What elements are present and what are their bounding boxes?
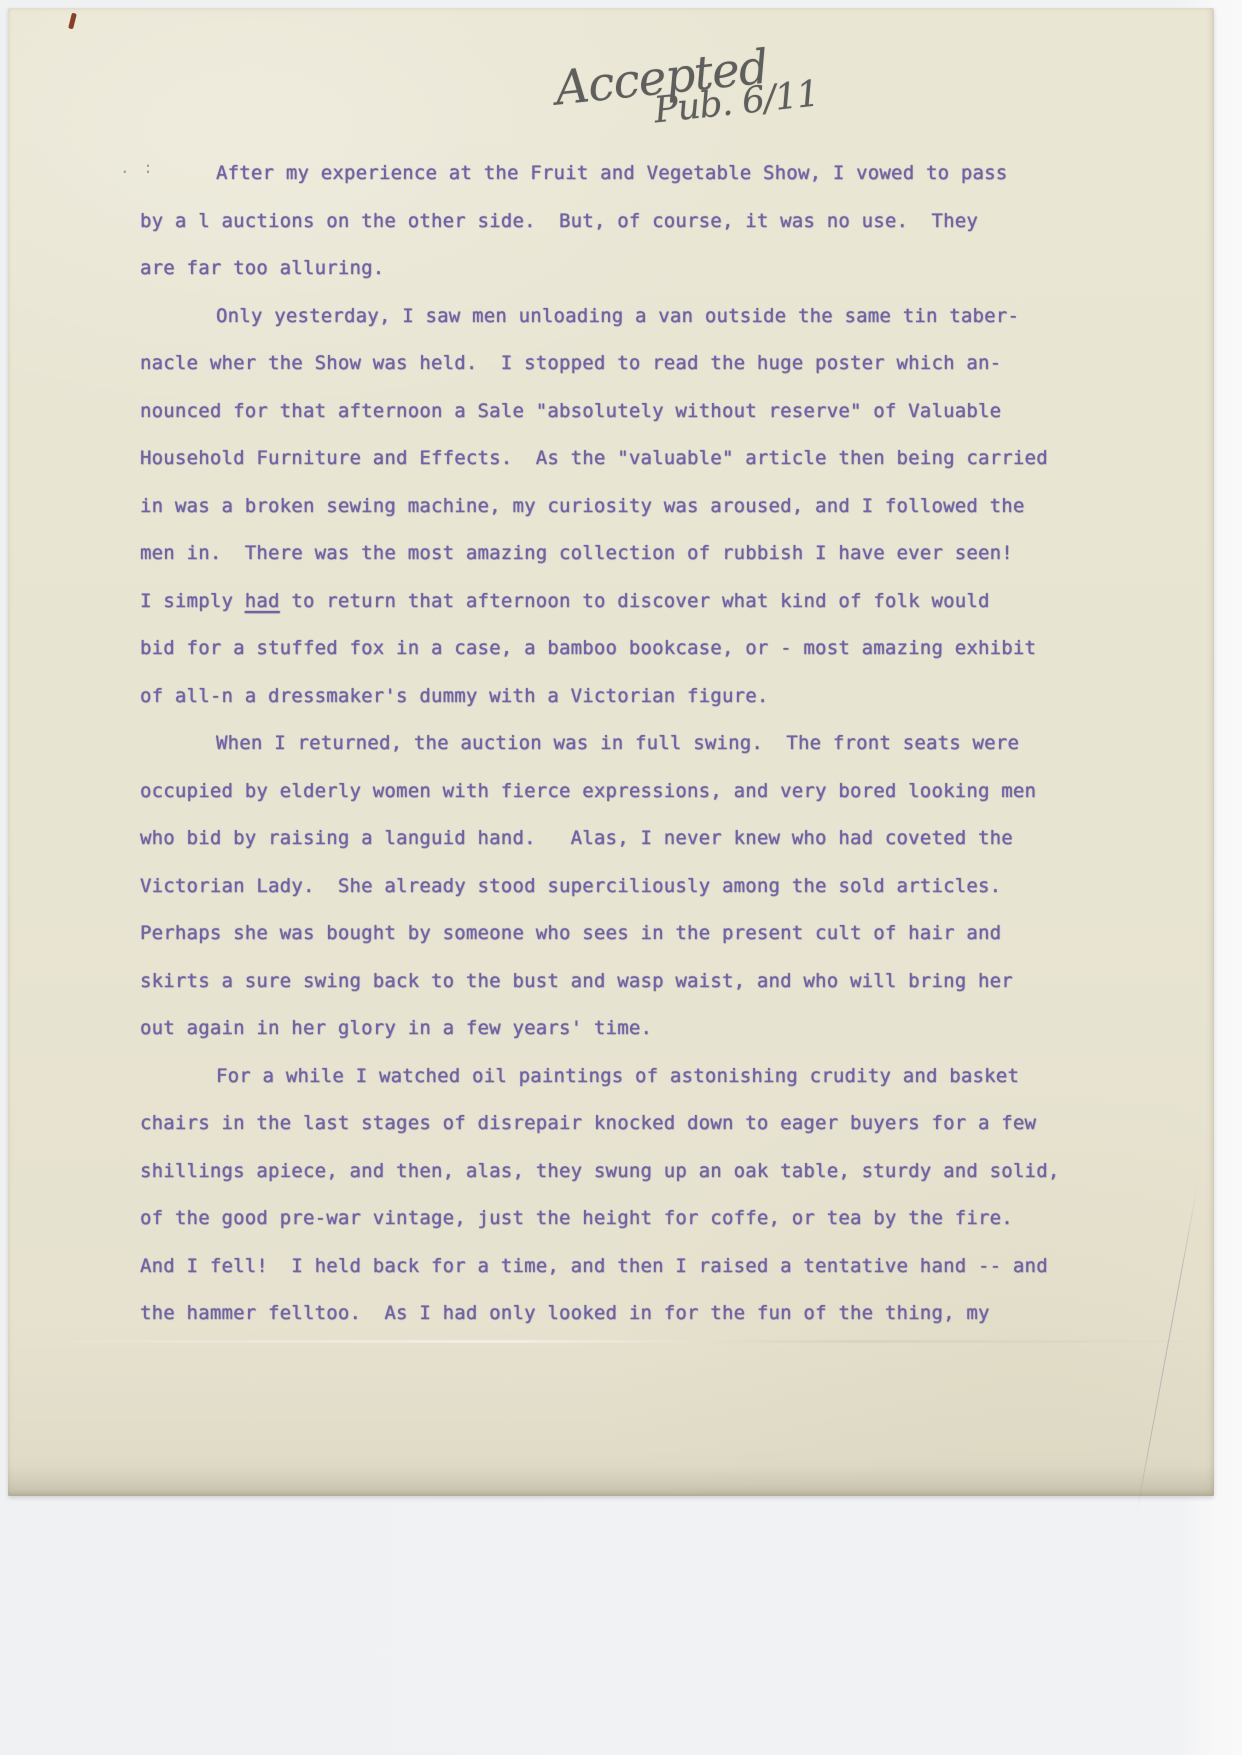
- text-line: of the good pre-war vintage, just the he…: [140, 1195, 1060, 1243]
- text-line: out again in her glory in a few years' t…: [140, 1005, 1060, 1053]
- underlined-word: had: [245, 590, 280, 612]
- text-line: nounced for that afternoon a Sale "absol…: [140, 388, 1060, 436]
- text-line: occupied by elderly women with fierce ex…: [140, 768, 1060, 816]
- paper-fold-line: [16, 1340, 1222, 1343]
- text-line: by a l auctions on the other side. But, …: [140, 198, 1060, 246]
- paper-crease: [1136, 1182, 1199, 1515]
- text-line: After my experience at the Fruit and Veg…: [140, 150, 1060, 198]
- text-line: chairs in the last stages of disrepair k…: [140, 1100, 1060, 1148]
- text-line: are far too alluring.: [140, 245, 1060, 293]
- text-line: the hammer felltoo. As I had only looked…: [140, 1290, 1060, 1338]
- text-line: I simply had to return that afternoon to…: [140, 578, 1060, 626]
- text-line: of all-n a dressmaker's dummy with a Vic…: [140, 673, 1060, 721]
- scanned-page-background: Accepted Pub. 6/11 . : After my experien…: [0, 0, 1242, 1755]
- red-ink-mark: [68, 13, 77, 30]
- text-segment: I simply: [140, 590, 245, 612]
- text-line: bid for a stuffed fox in a case, a bambo…: [140, 625, 1060, 673]
- text-line: shillings apiece, and then, alas, they s…: [140, 1148, 1060, 1196]
- text-line: men in. There was the most amazing colle…: [140, 530, 1060, 578]
- text-line: When I returned, the auction was in full…: [140, 720, 1060, 768]
- text-line: nacle wher the Show was held. I stopped …: [140, 340, 1060, 388]
- text-line: Household Furniture and Effects. As the …: [140, 435, 1060, 483]
- text-line: And I fell! I held back for a time, and …: [140, 1243, 1060, 1291]
- text-segment: to return that afternoon to discover wha…: [280, 590, 990, 612]
- typescript-body: After my experience at the Fruit and Veg…: [140, 150, 1060, 1338]
- text-line: Only yesterday, I saw men unloading a va…: [140, 293, 1060, 341]
- text-line: Perhaps she was bought by someone who se…: [140, 910, 1060, 958]
- text-line: For a while I watched oil paintings of a…: [140, 1053, 1060, 1101]
- text-line: in was a broken sewing machine, my curio…: [140, 483, 1060, 531]
- text-line: skirts a sure swing back to the bust and…: [140, 958, 1060, 1006]
- text-line: who bid by raising a languid hand. Alas,…: [140, 815, 1060, 863]
- text-line: Victorian Lady. She already stood superc…: [140, 863, 1060, 911]
